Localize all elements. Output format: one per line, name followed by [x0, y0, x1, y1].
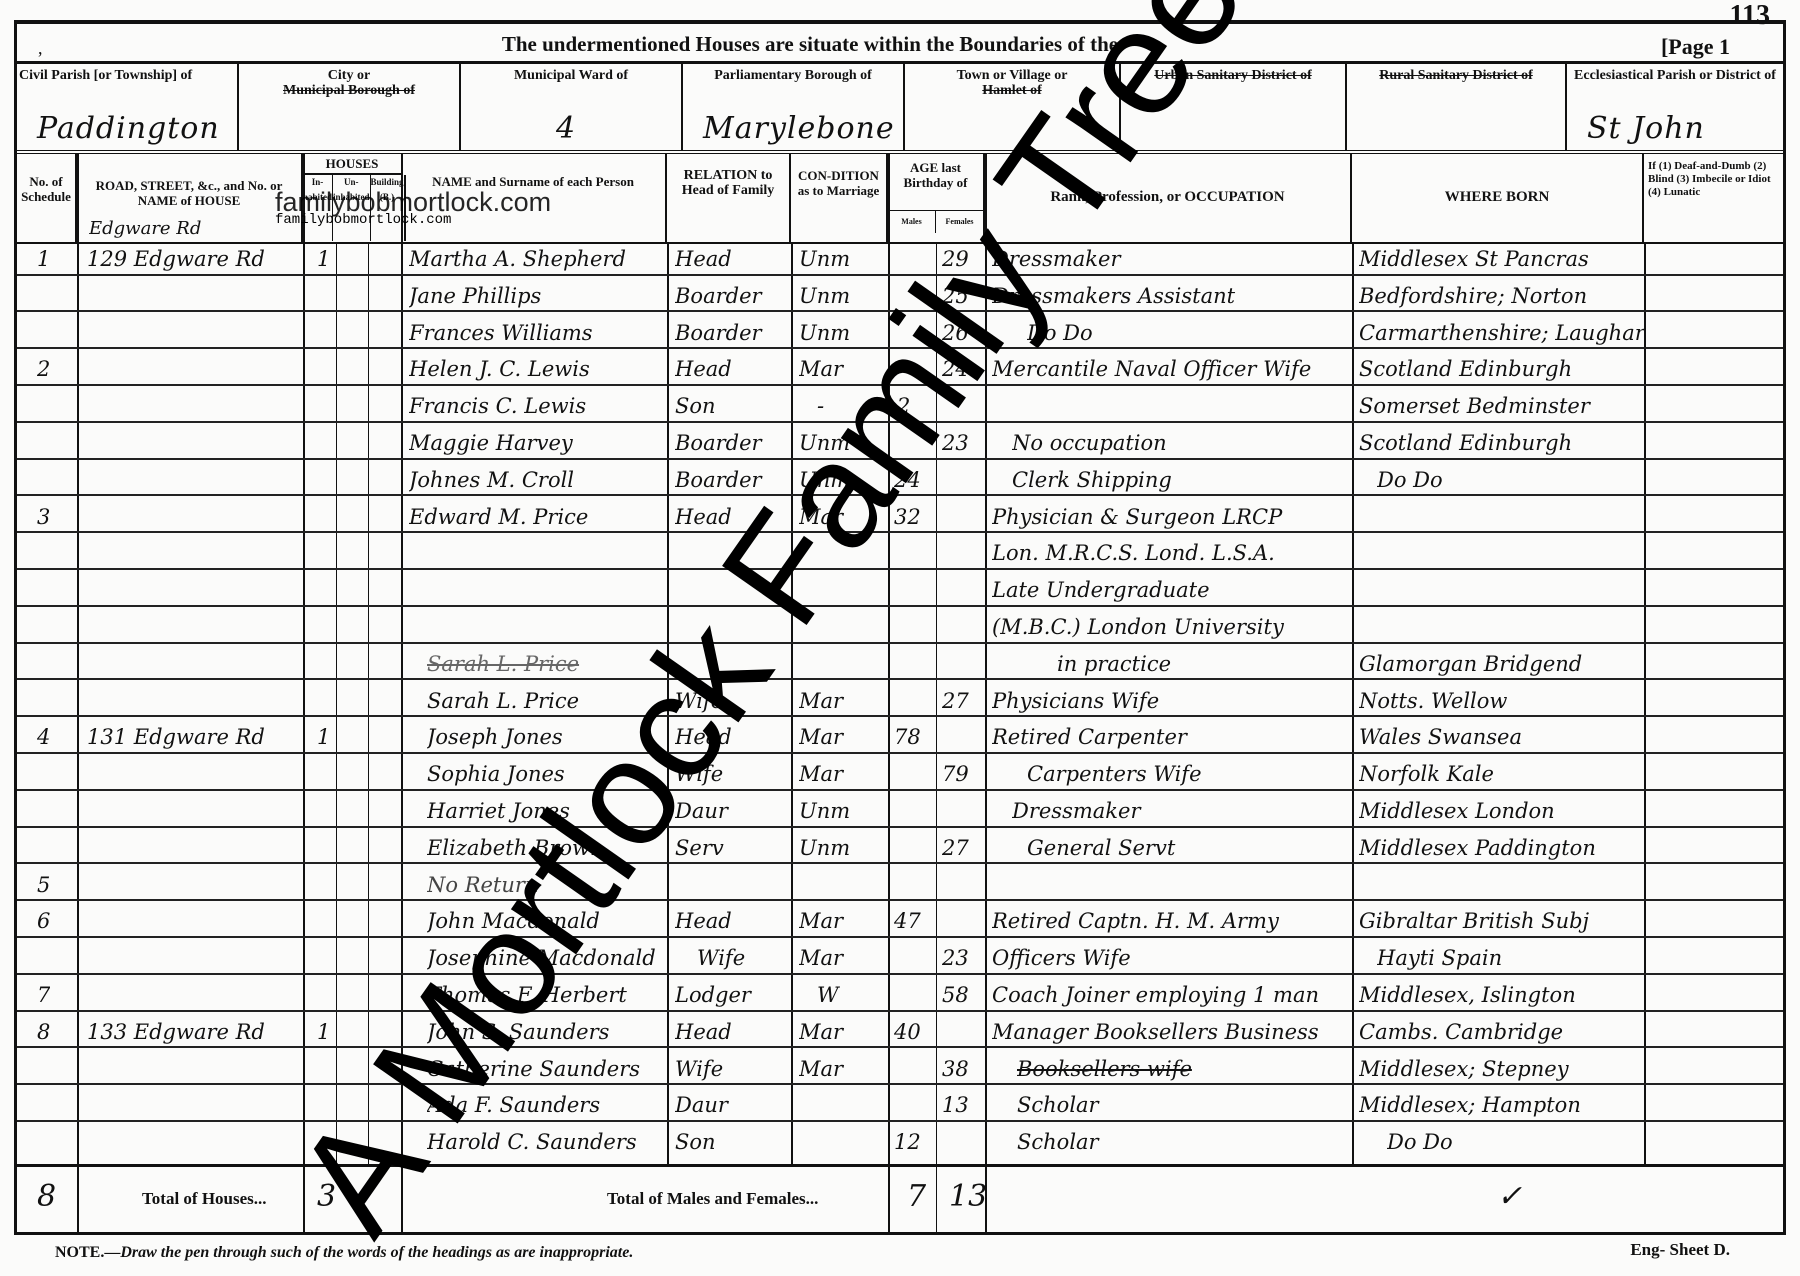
form-title: The undermentioned Houses are situate wi…	[17, 24, 1783, 64]
watermark-url-small: familybobmortlock.com	[275, 212, 451, 228]
header-relation: RELATION to Head of Family	[667, 154, 791, 242]
table-row: 2 Helen J. C. Lewis Head Mar 24 Mercanti…	[17, 354, 1783, 386]
table-row: 7 Thomas F. Herbert Lodger W 58 Coach Jo…	[17, 980, 1783, 1012]
total-houses-label: Total of Houses...	[142, 1189, 267, 1209]
parliamentary-borough-value: Marylebone	[703, 111, 895, 146]
table-row: 4 131 Edgware Rd 1 Joseph Jones Head Mar…	[17, 722, 1783, 754]
civil-parish-value: Paddington	[37, 111, 220, 146]
table-row: Johnes M. Croll Boarder Unm 24 Clerk Shi…	[17, 465, 1783, 497]
total-schedules: 8	[37, 1179, 56, 1214]
table-row: Catherine Saunders Wife Mar 38 Bookselle…	[17, 1054, 1783, 1086]
table-row: Harriet Jones Daur Unm Dressmaker Middle…	[17, 796, 1783, 828]
table-row: 8 133 Edgware Rd 1 John S. Saunders Head…	[17, 1017, 1783, 1049]
table-row: (M.B.C.) London University	[17, 612, 1783, 644]
header-males: Males	[888, 211, 936, 233]
totals-row: 8 Total of Houses... 3 Total of Males an…	[17, 1164, 1783, 1234]
table-row: Jane Phillips Boarder Unm 25 Dressmakers…	[17, 281, 1783, 313]
road-header-entry: Edgware Rd	[89, 216, 201, 242]
admin-boundaries-row: Civil Parish [or Township] of Paddington…	[17, 64, 1783, 154]
table-row: Sarah L. Price Wife Mar 27 Physicians Wi…	[17, 686, 1783, 718]
table-row-struck: Sarah L. Price in practice Glamorgan Bri…	[17, 649, 1783, 681]
header-schedule: No. of Schedule	[17, 154, 77, 242]
municipal-borough-cell: City or Municipal Borough of	[239, 64, 461, 150]
header-infirmity: If (1) Deaf-and-Dumb (2) Blind (3) Imbec…	[1644, 154, 1783, 242]
table-row: Josephine Macdonald Wife Mar 23 Officers…	[17, 943, 1783, 975]
ecclesiastical-parish-cell: Ecclesiastical Parish or District of St …	[1567, 64, 1783, 150]
table-row: Francis C. Lewis Son - 2 Somerset Bedmin…	[17, 391, 1783, 423]
rural-sanitary-cell: Rural Sanitary District of	[1347, 64, 1567, 150]
town-village-cell: Town or Village or Hamlet of	[905, 64, 1121, 150]
total-houses-value: 3	[317, 1179, 336, 1214]
table-row: 1 129 Edgware Rd 1 Martha A. Shepherd He…	[17, 244, 1783, 276]
page-label: [Page 1	[1661, 34, 1730, 60]
table-row: 3 Edward M. Price Head Mar 32 Physician …	[17, 502, 1783, 534]
total-persons-label: Total of Males and Females...	[607, 1189, 818, 1209]
header-where-born: WHERE BORN	[1352, 154, 1644, 242]
check-mark: ✓	[1497, 1179, 1522, 1214]
table-row: Harold C. Saunders Son 12 Scholar Do Do	[17, 1127, 1783, 1159]
header-condition: CON-DITION as to Marriage	[791, 154, 888, 242]
table-row: Elizabeth Brown Serv Unm 27 General Serv…	[17, 833, 1783, 865]
table-row: Maggie Harvey Boarder Unm 23 No occupati…	[17, 428, 1783, 460]
header-occupation: Rank, Profession, or OCCUPATION	[985, 154, 1352, 242]
total-females: 13	[949, 1179, 987, 1214]
municipal-ward-value: 4	[556, 111, 576, 146]
header-females: Females	[936, 211, 983, 233]
table-row: Late Undergraduate	[17, 575, 1783, 607]
header-age: AGE last Birthday of Males Females	[888, 154, 985, 242]
table-row: Ada F. Saunders Daur 13 Scholar Middlese…	[17, 1090, 1783, 1122]
total-males: 7	[907, 1179, 926, 1214]
table-row: Sophia Jones Wife Mar 79 Carpenters Wife…	[17, 759, 1783, 791]
census-table: 1 129 Edgware Rd 1 Martha A. Shepherd He…	[17, 244, 1783, 1164]
census-page: 113 The undermentioned Houses are situat…	[0, 0, 1800, 1276]
ecclesiastical-parish-value: St John	[1587, 111, 1705, 146]
pen-mark: ,	[38, 38, 43, 59]
urban-sanitary-cell: Urban Sanitary District of	[1121, 64, 1347, 150]
table-row: Frances Williams Boarder Unm 26 Do Do Ca…	[17, 318, 1783, 350]
table-row: 6 John Macdonald Head Mar 47 Retired Cap…	[17, 906, 1783, 938]
table-row: Lon. M.R.C.S. Lond. L.S.A.	[17, 538, 1783, 570]
footnote: NOTE.—Draw the pen through such of the w…	[55, 1244, 633, 1262]
table-row: 5 No Return	[17, 870, 1783, 902]
civil-parish-cell: Civil Parish [or Township] of Paddington	[17, 64, 239, 150]
parliamentary-borough-cell: Parliamentary Borough of Marylebone	[683, 64, 905, 150]
sheet-label: Eng- Sheet D.	[1630, 1240, 1730, 1260]
municipal-ward-cell: Municipal Ward of 4	[461, 64, 683, 150]
